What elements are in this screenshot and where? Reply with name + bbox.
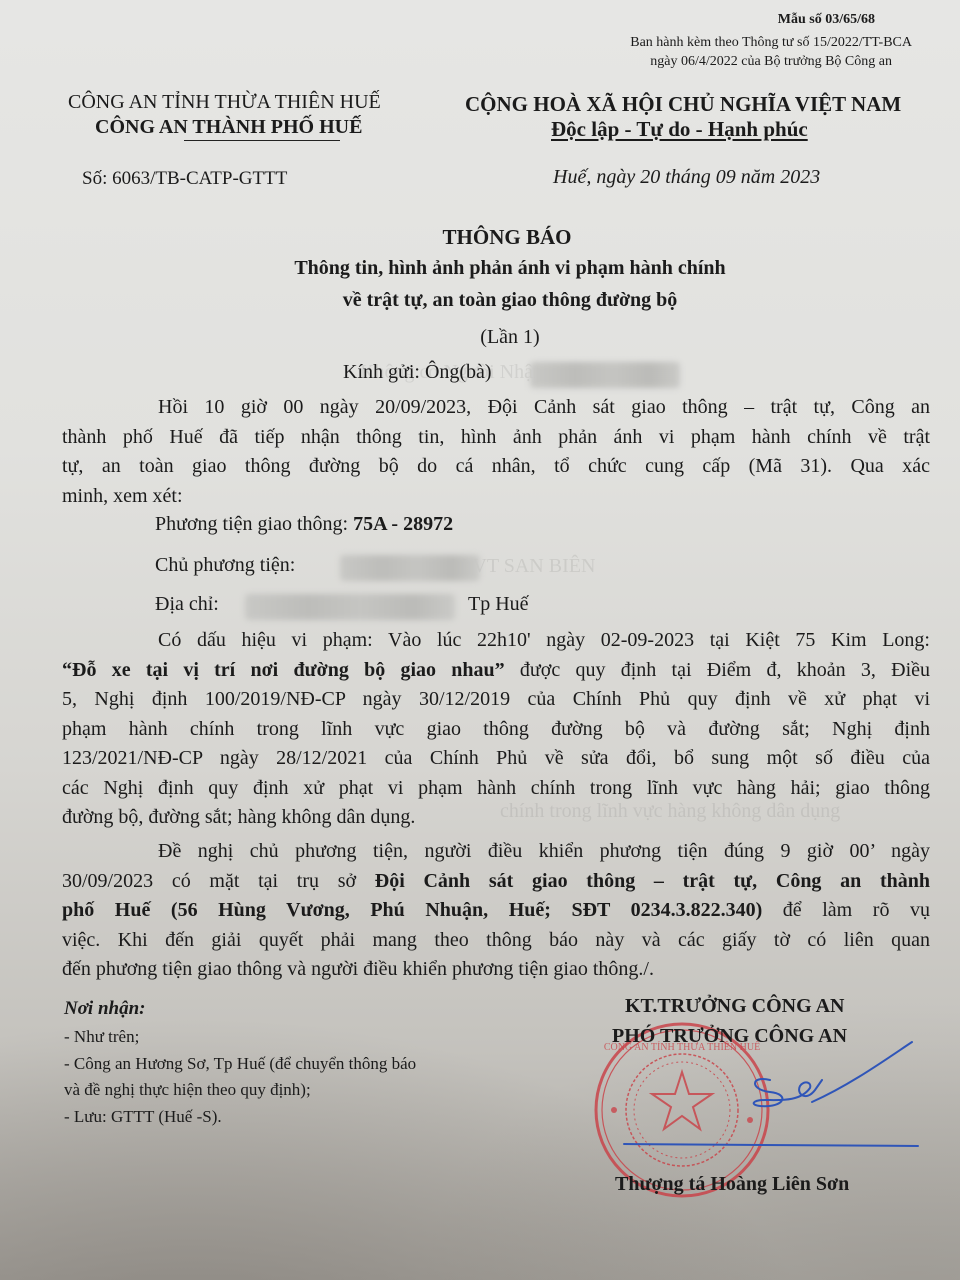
signer-name: Thượng tá Hoàng Liên Sơn xyxy=(615,1173,849,1196)
redacted-address xyxy=(245,594,455,620)
document-number: Số: 6063/TB-CATP-GTTT xyxy=(82,168,287,190)
recipient-item: - Công an Hương Sơ, Tp Huế (để chuyển th… xyxy=(64,1051,416,1078)
date-line: Huế, ngày 20 tháng 09 năm 2023 xyxy=(553,166,820,189)
handwritten-signature-icon xyxy=(600,1030,940,1150)
office-address: phố Huế (56 Hùng Vương, Phú Nhuận, Huế; … xyxy=(62,899,762,921)
agency-underline xyxy=(184,140,340,141)
recipients-heading: Nơi nhận: xyxy=(64,998,145,1020)
recipients-list: - Như trên; - Công an Hương Sơ, Tp Huế (… xyxy=(64,1024,416,1130)
national-title: CỘNG HOÀ XÃ HỘI CHỦ NGHĨA VIỆT NAM xyxy=(465,92,901,117)
recipient-item: và đề nghị thực hiện theo quy định); xyxy=(64,1077,416,1104)
intro-paragraph: Hồi 10 giờ 00 ngày 20/09/2023, Đội Cảnh … xyxy=(62,393,930,511)
owner-field: Chủ phương tiện: xyxy=(155,554,295,577)
violation-paragraph: Có dấu hiệu vi phạm: Vào lúc 22h10' ngày… xyxy=(62,626,930,833)
violation-description: “Đỗ xe tại vị trí nơi đường bộ giao nhau… xyxy=(62,659,505,681)
form-issued-with: Ban hành kèm theo Thông tư số 15/2022/TT… xyxy=(630,33,912,52)
recipient-item: - Như trên; xyxy=(64,1024,416,1051)
addressee-label: Kính gửi: Ông(bà) xyxy=(343,361,492,384)
issuing-agency: CÔNG AN THÀNH PHỐ HUẾ xyxy=(95,116,362,139)
form-reference: Ban hành kèm theo Thông tư số 15/2022/TT… xyxy=(630,33,912,71)
signing-authority: KT.TRƯỞNG CÔNG AN xyxy=(625,995,844,1018)
document-subtitle-line2: về trật tự, an toàn giao thông đường bộ xyxy=(0,289,960,312)
address-city: Tp Huế xyxy=(468,593,529,616)
national-motto: Độc lập - Tự do - Hạnh phúc xyxy=(551,117,808,142)
attempt-number: (Lần 1) xyxy=(0,326,960,349)
form-number: Mẫu số 03/65/68 xyxy=(778,12,875,28)
form-issued-by: ngày 06/4/2022 của Bộ trưởng Bộ Công an xyxy=(630,52,912,71)
license-plate: 75A - 28972 xyxy=(353,513,453,535)
document-title: THÔNG BÁO xyxy=(0,225,960,250)
request-paragraph: Đề nghị chủ phương tiện, người điều khiể… xyxy=(62,837,930,985)
redacted-owner xyxy=(340,555,480,581)
vehicle-plate-field: Phương tiện giao thông: 75A - 28972 xyxy=(155,513,453,536)
recipient-item: - Lưu: GTTT (Huế -S). xyxy=(64,1104,416,1131)
document-subtitle-line1: Thông tin, hình ảnh phản ánh vi phạm hàn… xyxy=(0,257,960,280)
address-label: Địa chỉ: xyxy=(155,593,219,616)
office-name: Đội Cảnh sát giao thông – trật tự, Công … xyxy=(375,870,930,892)
parent-agency: CÔNG AN TỈNH THỪA THIÊN HUẾ xyxy=(68,91,381,114)
redacted-addressee xyxy=(530,362,680,388)
